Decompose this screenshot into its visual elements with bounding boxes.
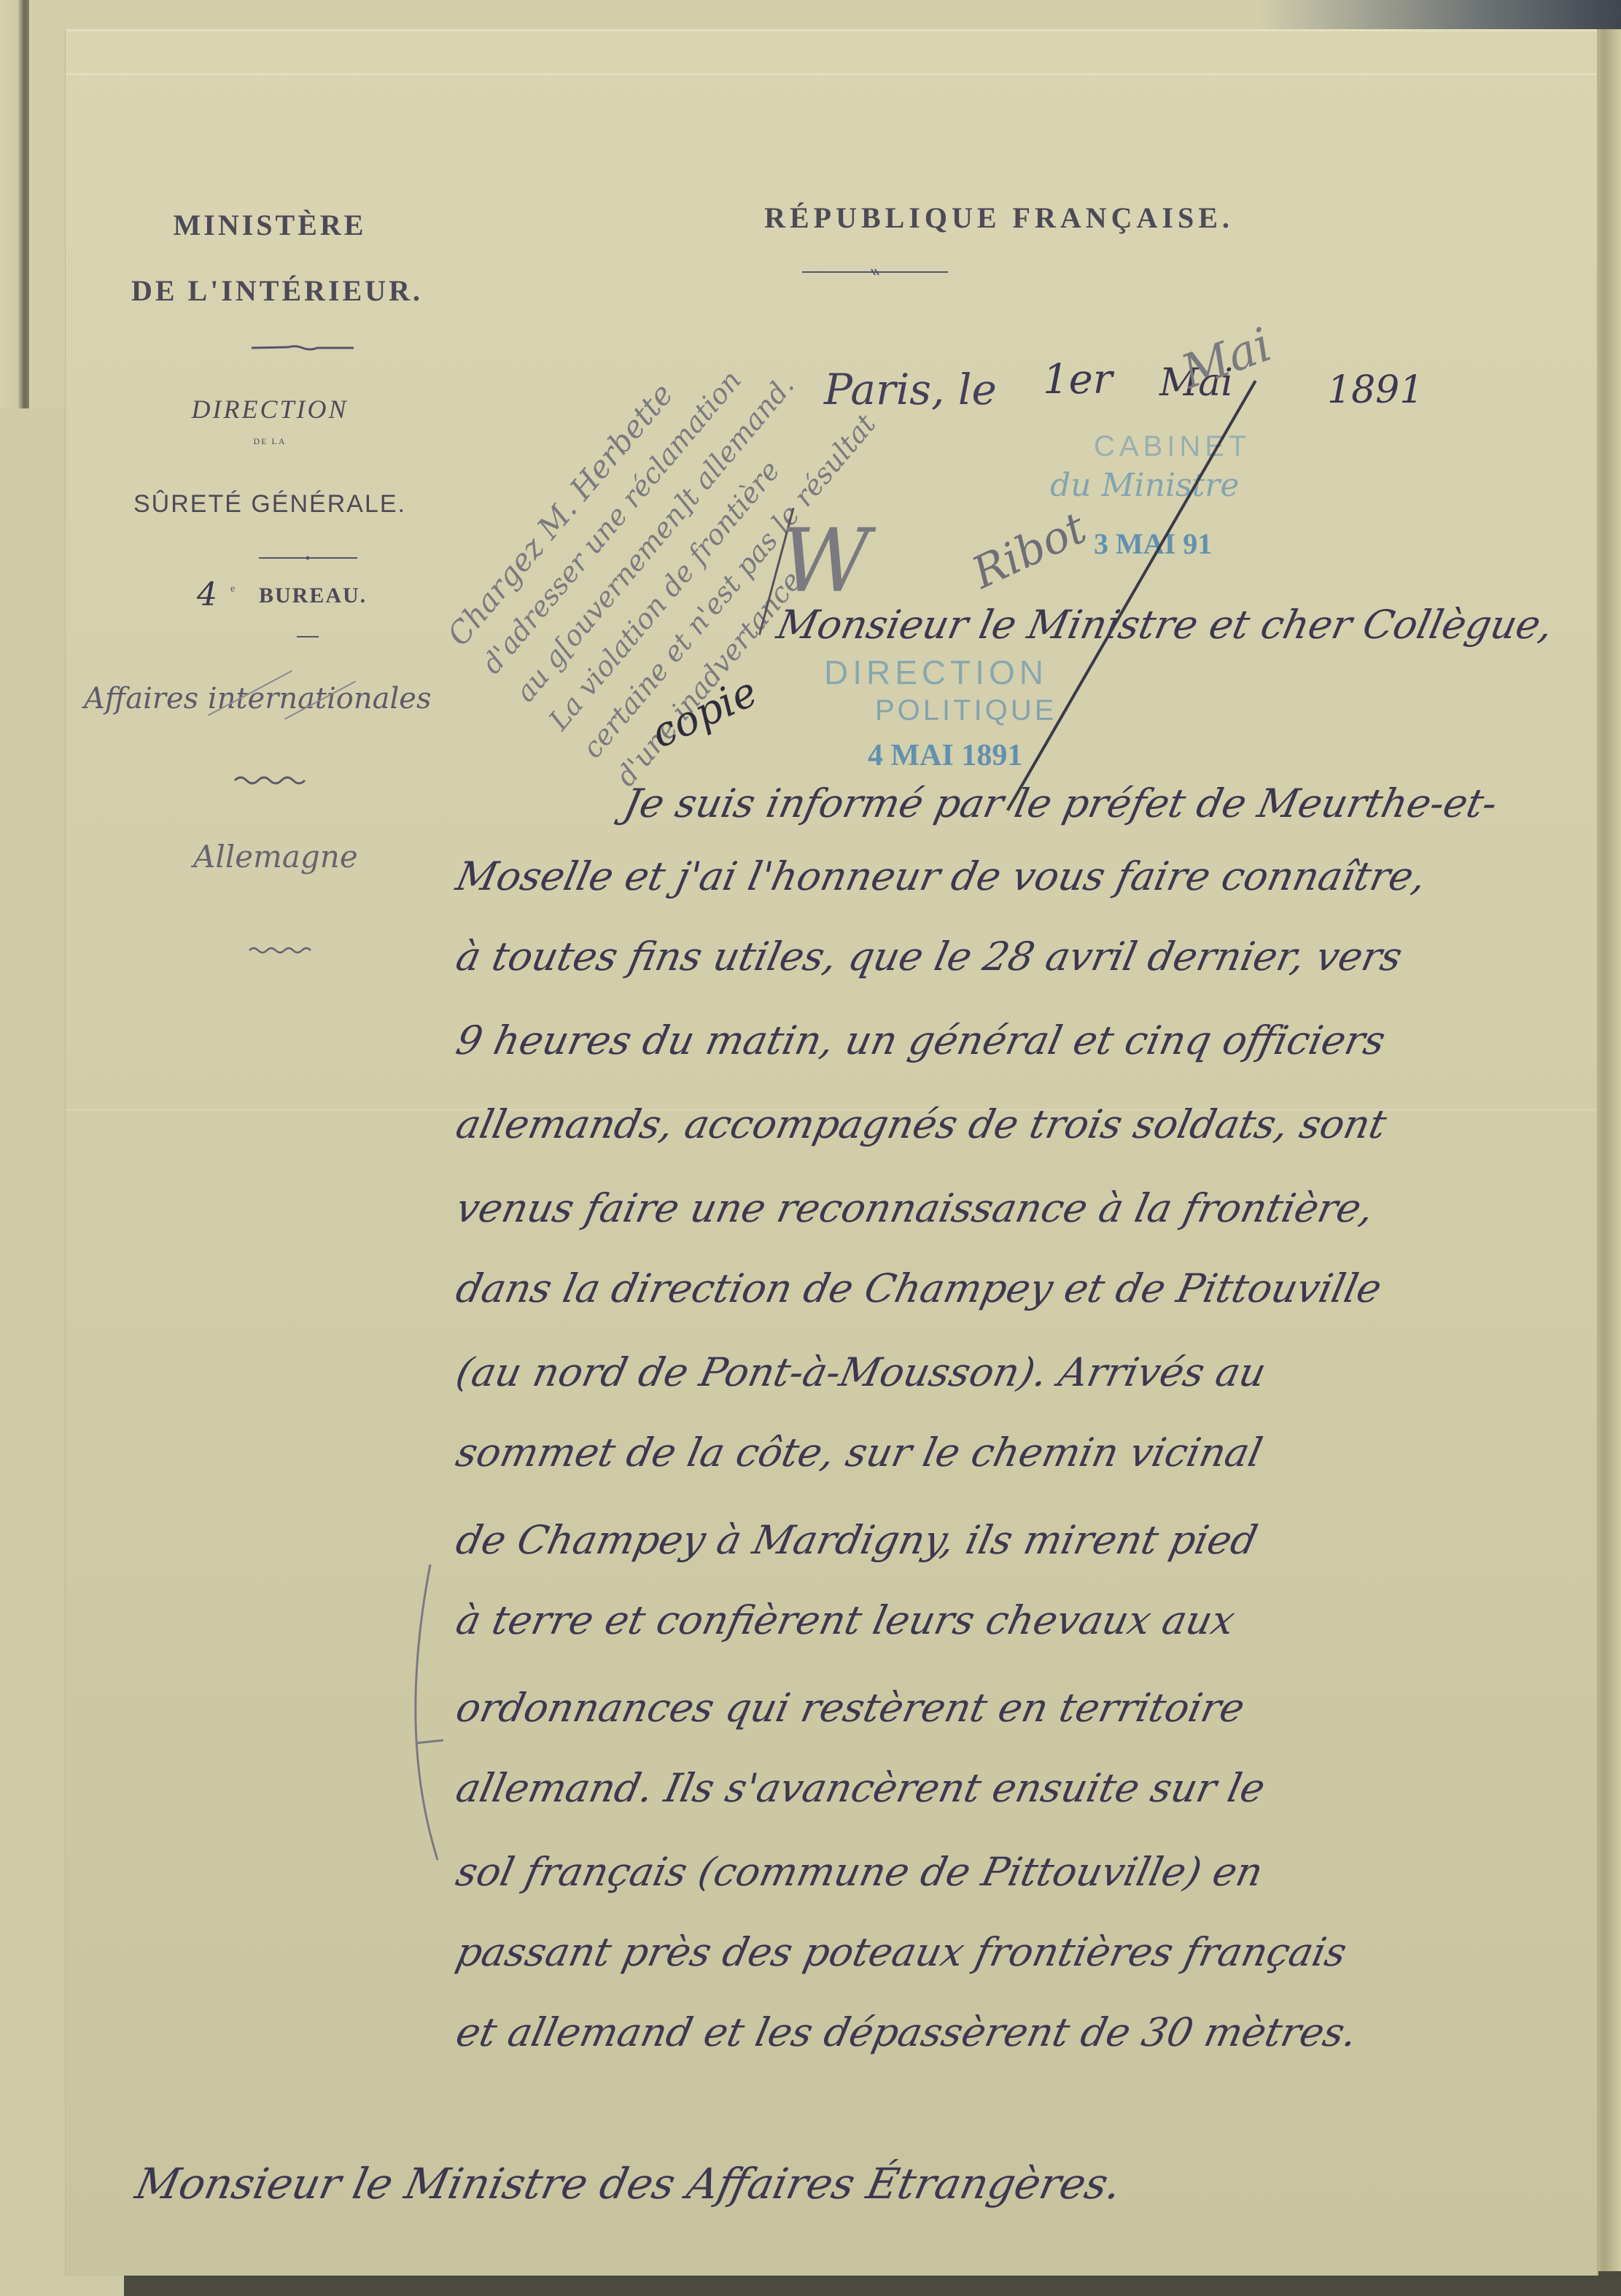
stamp-direction-date: 4 MAI 1891 bbox=[868, 738, 1022, 773]
stamp-cabinet-line1: CABINET bbox=[1094, 430, 1251, 463]
dateline-day: 1er bbox=[1043, 356, 1113, 403]
letterhead-bureau: BUREAU. bbox=[259, 583, 367, 608]
dateline-year: 1891 bbox=[1327, 368, 1423, 412]
squiggle-divider bbox=[233, 773, 314, 785]
body-line: à terre et confièrent leurs chevaux aux bbox=[452, 1597, 1239, 1643]
body-line: sol français (commune de Pittouville) en bbox=[452, 1849, 1267, 1895]
body-line: (au nord de Pont-à-Mousson). Arrivés au bbox=[452, 1349, 1270, 1395]
bureau-number: 4 bbox=[197, 576, 217, 613]
paper-fold-line bbox=[66, 29, 1597, 31]
short-rule bbox=[297, 636, 319, 637]
ornament-divider bbox=[252, 344, 354, 352]
letterhead-de-la: DE LA bbox=[109, 436, 430, 447]
body-line: ordonnances qui restèrent en territoire bbox=[452, 1685, 1248, 1731]
letterhead-direction: DIRECTION bbox=[109, 394, 430, 424]
margin-subject: Affaires internationales bbox=[84, 682, 431, 715]
letterhead-surete-generale: SÛRETÉ GÉNÉRALE. bbox=[109, 490, 430, 519]
body-line: allemands, accompagnés de trois soldats,… bbox=[452, 1101, 1391, 1147]
paper-fold-line bbox=[66, 73, 1597, 75]
stamp-cabinet-line2: du Ministre bbox=[1050, 467, 1239, 504]
ornament-divider bbox=[259, 554, 357, 562]
pencil-initials: W bbox=[780, 511, 870, 612]
letterhead-ministry-line1: MINISTÈRE bbox=[109, 208, 430, 242]
stamp-direction-line2: POLITIQUE bbox=[875, 694, 1057, 727]
letter-salutation: Monsieur le Ministre et cher Collègue, bbox=[773, 602, 1558, 648]
body-line: et allemand et les dépassèrent de 30 mèt… bbox=[452, 2009, 1361, 2055]
stamp-direction-line1: DIRECTION bbox=[824, 653, 1048, 692]
shadow-top-right bbox=[1256, 0, 1621, 29]
body-line: Moselle et j'ai l'honneur de vous faire … bbox=[452, 853, 1430, 899]
body-line: allemand. Ils s'avancèrent ensuite sur l… bbox=[452, 1765, 1270, 1811]
body-line: à toutes fins utiles, que le 28 avril de… bbox=[452, 934, 1406, 980]
margin-country: Allemagne bbox=[193, 839, 358, 874]
body-line: venus faire une reconnaissance à la fron… bbox=[452, 1185, 1378, 1231]
body-line: 9 heures du matin, un général et cinq of… bbox=[452, 1017, 1389, 1063]
letterhead-republique-francaise: RÉPUBLIQUE FRANÇAISE. bbox=[707, 201, 1291, 235]
squiggle-divider bbox=[248, 945, 314, 955]
ornament-divider bbox=[802, 268, 948, 276]
body-line: passant près des poteaux frontières fran… bbox=[452, 1929, 1350, 1975]
body-line: sommet de la côte, sur le chemin vicinal bbox=[452, 1430, 1267, 1475]
letter-addressee: Monsieur le Ministre des Affaires Étrang… bbox=[131, 2159, 1126, 2208]
bureau-number-suffix: e bbox=[230, 583, 235, 595]
letterhead-ministry-line2: DE L'INTÉRIEUR. bbox=[88, 274, 467, 308]
body-line: Je suis informé par le préfet de Meurthe… bbox=[620, 780, 1501, 826]
pencil-margin-bracket bbox=[408, 1561, 452, 1867]
body-line: dans la direction de Champey et de Pitto… bbox=[452, 1265, 1385, 1311]
body-line: de Champey à Mardigny, ils mirent pied bbox=[452, 1517, 1262, 1563]
